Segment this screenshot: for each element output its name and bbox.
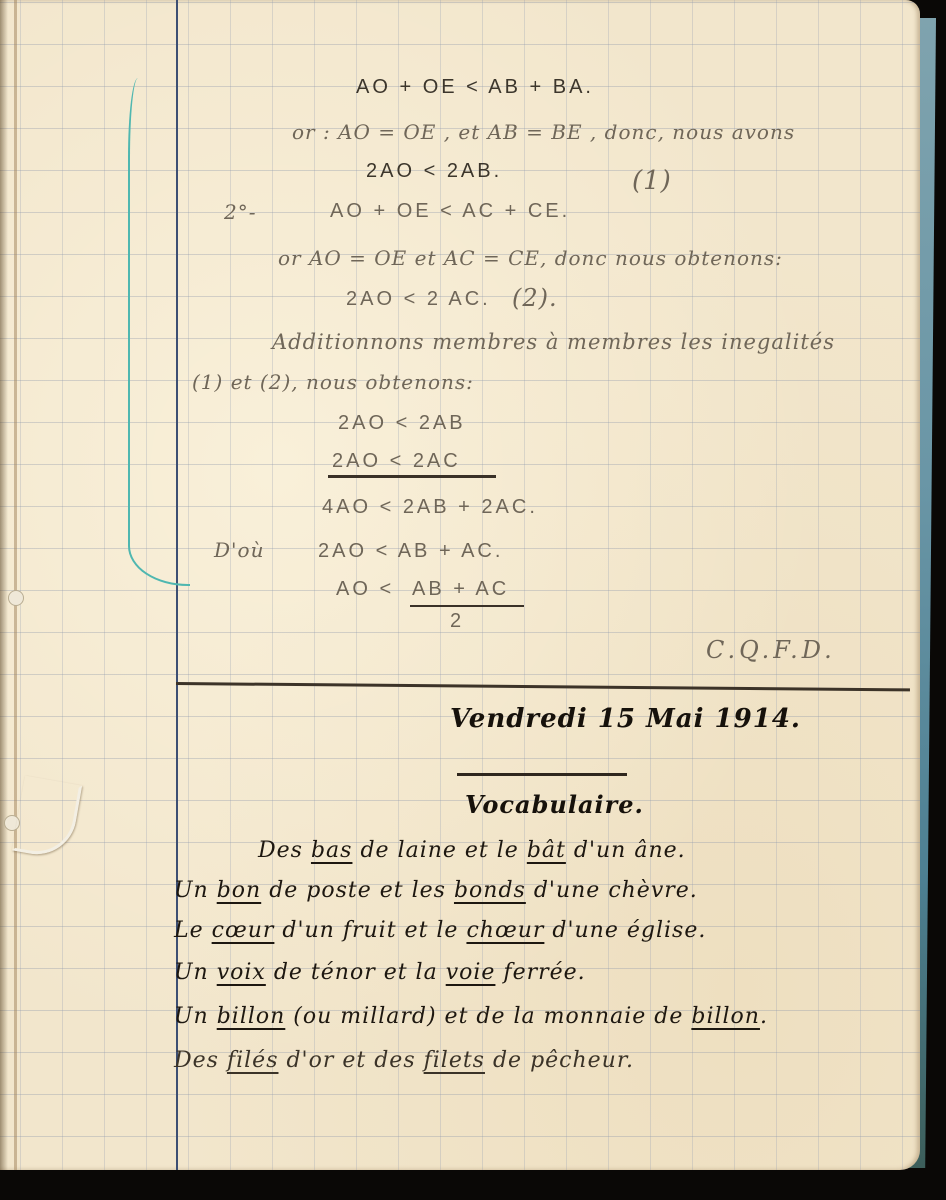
date-heading: Vendredi 15 Mai 1914. (450, 704, 801, 734)
vocab-word: voie (446, 960, 496, 985)
vocab-line-2: Un bon de poste et les bonds d'une chèvr… (174, 878, 698, 903)
vocab-text: (ou millard) et de la monnaie de (285, 1004, 691, 1029)
section-title: Vocabulaire. (465, 790, 644, 819)
spine-fold (14, 0, 17, 1170)
vocab-text: Des (174, 1048, 227, 1073)
proof-ref-2: (2). (512, 284, 558, 312)
vocab-line-1: Des bas de laine et le bât d'un âne. (258, 838, 686, 863)
vocab-text: de poste et les (261, 878, 454, 903)
vocab-text: de ténor et la (266, 960, 446, 985)
blue-pencil-bracket (128, 78, 190, 586)
proof-line-3: 2AO < 2AB. (366, 160, 502, 183)
proof-line-6: 2AO < 2 AC. (346, 288, 491, 311)
proof-ref-1: (1) (632, 166, 672, 196)
sum-result: 4AO < 2AB + 2AC. (322, 496, 538, 519)
binding-stitch (8, 590, 24, 606)
vocab-word: filets (424, 1048, 485, 1073)
vocab-word: bonds (454, 878, 526, 903)
vocab-word: billon (217, 1004, 286, 1029)
proof-line-8: (1) et (2), nous obtenons: (192, 370, 474, 394)
vocab-text: de laine et le (352, 838, 526, 863)
vocab-line-4: Un voix de ténor et la voie ferrée. (174, 960, 586, 985)
vocab-word: billon (691, 1004, 760, 1029)
vocab-text: ferrée. (495, 960, 585, 985)
vocab-word: bât (527, 838, 566, 863)
vocab-word: filés (227, 1048, 279, 1073)
vocab-text: d'un fruit et le (274, 918, 466, 943)
vocab-text: de pêcheur. (485, 1048, 634, 1073)
proof-line-7: Additionnons membres à membres les inega… (272, 330, 835, 354)
vocab-text: d'une chèvre. (526, 878, 698, 903)
vocab-line-3: Le cœur d'un fruit et le chœur d'une égl… (174, 918, 706, 943)
proof-line-1: AO + OE < AB + BA. (356, 76, 594, 99)
qed-mark: C.Q.F.D. (706, 636, 836, 664)
vocab-text: Un (174, 878, 217, 903)
vocab-line-6: Des filés d'or et des filets de pêcheur. (174, 1048, 634, 1073)
spine-shadow (0, 0, 8, 1170)
vocab-word: voix (217, 960, 266, 985)
vocab-text: . (760, 1004, 768, 1029)
vocab-word: cœur (212, 918, 275, 943)
sum-underline (328, 475, 496, 478)
vocab-word: bas (311, 838, 353, 863)
proof-line-9: 2AO < AB + AC. (318, 540, 503, 563)
sum-row-1: 2AO < 2AB (338, 412, 466, 435)
sum-row-2: 2AO < 2AC (332, 450, 461, 473)
notebook-page: AO + OE < AB + BA. or : AO = OE , et AB … (0, 0, 920, 1170)
title-rule (457, 773, 627, 776)
proof-line-10-left: AO < (336, 578, 394, 601)
vocab-text: Un (174, 1004, 217, 1029)
proof-line-2: or : AO = OE , et AB = BE , donc, nous a… (292, 120, 795, 144)
proof-line-5: or AO = OE et AC = CE, donc nous obtenon… (278, 246, 783, 270)
vocab-word: bon (217, 878, 262, 903)
vocab-line-5: Un billon (ou millard) et de la monnaie … (174, 1004, 768, 1029)
dou-label: D'où (214, 538, 264, 562)
vocab-text: Des (258, 838, 311, 863)
vocab-text: Le (174, 918, 212, 943)
fraction-numerator: AB + AC (412, 578, 509, 601)
vocab-word: chœur (466, 918, 544, 943)
fraction-bar (410, 605, 524, 607)
vocab-text: Un (174, 960, 217, 985)
step-2-label: 2°- (224, 200, 256, 224)
vocab-text: d'une église. (544, 918, 706, 943)
proof-line-4: AO + OE < AC + CE. (330, 200, 570, 223)
vocab-text: d'un âne. (566, 838, 686, 863)
vocab-text: d'or et des (278, 1048, 423, 1073)
fraction-denominator: 2 (450, 610, 464, 633)
